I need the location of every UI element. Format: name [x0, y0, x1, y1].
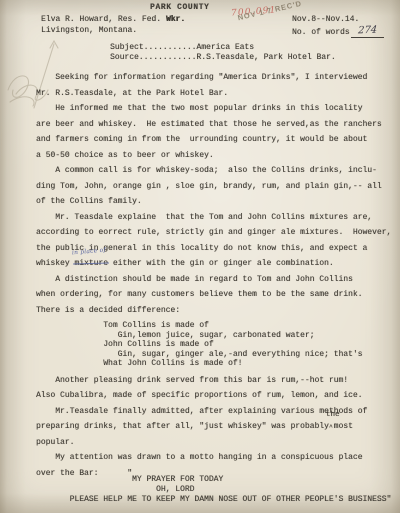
inserted-word: the	[326, 411, 340, 419]
body-line: Tom Collins is made of	[36, 321, 396, 331]
word-count-label: No. of words	[292, 28, 350, 37]
document-body: Seeking for information regarding "Ameri…	[36, 70, 396, 504]
author-location: Livingston, Montana.	[41, 26, 137, 35]
date-range: Nov.8--Nov.14.	[292, 15, 359, 24]
typed-text: most	[334, 422, 353, 431]
body-line: whiskey mixturein place of either with t…	[36, 256, 396, 272]
struck-word: mixturein place of	[74, 256, 108, 272]
caret-mark: ^	[329, 425, 333, 431]
body-line: Mr.Teasdale finally admitted, after expl…	[36, 404, 396, 420]
body-line: popular.	[36, 435, 396, 451]
body-line: What John Collins is made of!	[36, 359, 396, 369]
body-line: when ordering, for many customers believ…	[36, 287, 396, 303]
body-line: OH, LORD	[36, 485, 396, 495]
body-line: Another pleasing drink served from this …	[36, 373, 396, 389]
subject-value: America Eats	[196, 43, 254, 52]
author-title-overstruck: Wkr.	[166, 15, 185, 24]
subject-line: Subject...........America Eats	[110, 43, 254, 52]
body-line: a 50-50 choice as to beer or whiskey.	[36, 148, 396, 164]
body-line: Seeking for information regarding "Ameri…	[36, 70, 396, 86]
body-line: Mr. R.S.Teasdale, at the Park Hotel Bar.	[36, 86, 396, 102]
typed-insertion: the^	[329, 419, 334, 435]
body-line: are beer and whiskey. He estimated that …	[36, 117, 396, 133]
body-line: John Collins is made of	[36, 340, 396, 350]
body-line: Gin,lemon juice, sugar, carbonated water…	[36, 331, 396, 341]
handwritten-word-count: 274	[357, 24, 377, 36]
body-line: Gin, sugar, ginger ale,-and everything n…	[36, 350, 396, 360]
typed-text: either with the gin or ginger ale combin…	[108, 259, 334, 268]
body-line: and farmers coming in from the urroundin…	[36, 132, 396, 148]
body-line: My attention was drawn to a motto hangin…	[36, 450, 396, 466]
source-value: R.S.Teasdale, Park Hotel Bar.	[196, 53, 335, 62]
county-title: PARK COUNTY	[150, 3, 209, 12]
body-line: MY PRAYER FOR TODAY	[36, 475, 396, 485]
word-count-line: No. of words274	[292, 26, 384, 38]
subject-label: Subject...........	[110, 43, 196, 52]
body-line: Also Cubalibra, made of specific proport…	[36, 388, 396, 404]
source-label: Source............	[110, 53, 196, 62]
word-count-underline: 274	[351, 26, 384, 38]
body-line: ding Tom, John, orange gin , sloe gin, b…	[36, 179, 396, 195]
body-line: A distinction should be made in regard t…	[36, 272, 396, 288]
body-line: PLEASE HELP ME TO KEEP MY DAMN NOSE OUT …	[36, 495, 396, 505]
source-line: Source............R.S.Teasdale, Park Hot…	[110, 53, 336, 62]
body-line: according to eorrect rule, strictly gin …	[36, 225, 396, 241]
body-line: of the Collins family.	[36, 194, 396, 210]
body-line: He informed me that the two most popular…	[36, 101, 396, 117]
author-line: Elva R. Howard, Res. Fed. Wkr.	[41, 15, 185, 24]
body-line: preparing drinks, that after all, "just …	[36, 419, 396, 435]
body-line: Mr. Teasdale explaine that the Tom and J…	[36, 210, 396, 226]
typed-text: whiskey	[36, 259, 74, 268]
typed-text: preparing drinks, that after all, "just …	[36, 422, 329, 431]
body-line: A common call is for whiskey-soda; also …	[36, 163, 396, 179]
body-line: There is a decided difference:	[36, 303, 396, 319]
author-name: Elva R. Howard, Res. Fed.	[41, 15, 166, 24]
document-page: PARK COUNTY Elva R. Howard, Res. Fed. Wk…	[0, 0, 400, 513]
